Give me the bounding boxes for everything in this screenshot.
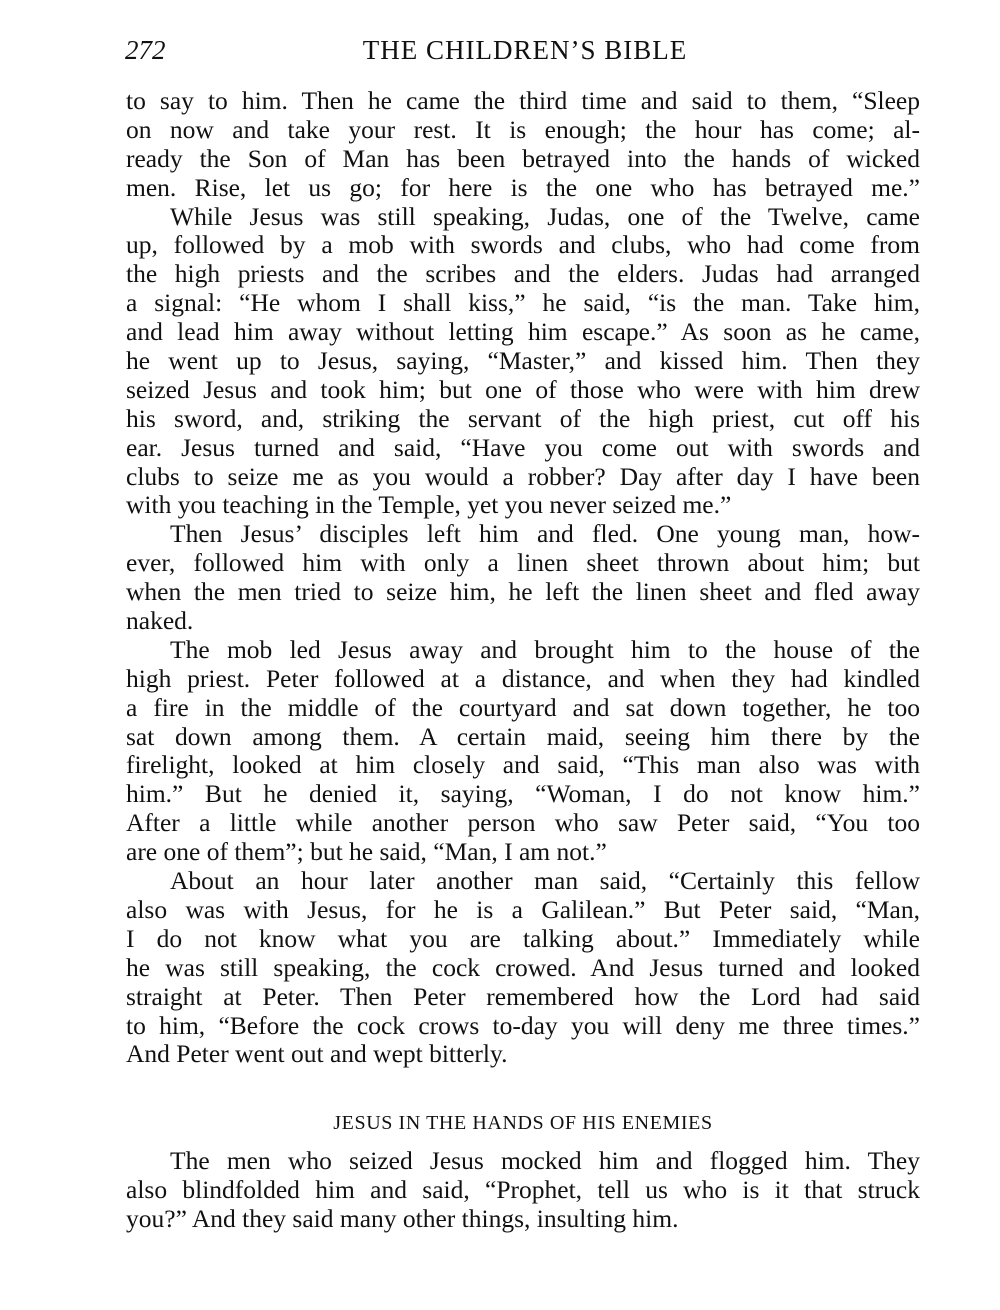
text-line: While Jesus was still speaking, Judas, o…: [126, 203, 920, 232]
main-text: to say to him. Then he came the third ti…: [126, 87, 920, 1069]
text-line: ever, followed him with only a linen she…: [126, 549, 920, 578]
running-title: THE CHILDREN’S BIBLE: [125, 30, 925, 70]
text-line: to him, “Before the cock crows to-day yo…: [126, 1012, 920, 1041]
book-page: 272 THE CHILDREN’S BIBLE to say to him. …: [0, 0, 1000, 1310]
text-line: men. Rise, let us go; for here is the on…: [126, 174, 920, 203]
text-line: with you teaching in the Temple, yet you…: [126, 491, 920, 520]
text-line: to say to him. Then he came the third ti…: [126, 87, 920, 116]
text-line: on now and take your rest. It is enough;…: [126, 116, 920, 145]
text-line: Then Jesus’ disciples left him and fled.…: [126, 520, 920, 549]
paragraph: Then Jesus’ disciples left him and fled.…: [126, 520, 920, 636]
text-line: he was still speaking, the cock crowed. …: [126, 954, 920, 983]
text-line: About an hour later another man said, “C…: [126, 867, 920, 896]
text-line: I do not know what you are talking about…: [126, 925, 920, 954]
text-line: are one of them”; but he said, “Man, I a…: [126, 838, 920, 867]
text-line: naked.: [126, 607, 920, 636]
text-line: The men who seized Jesus mocked him and …: [126, 1147, 920, 1176]
paragraph: While Jesus was still speaking, Judas, o…: [126, 203, 920, 521]
text-line: the high priests and the scribes and the…: [126, 260, 920, 289]
text-line: high priest. Peter followed at a distanc…: [126, 665, 920, 694]
text-line: straight at Peter. Then Peter remembered…: [126, 983, 920, 1012]
text-line: when the men tried to seize him, he left…: [126, 578, 920, 607]
text-line: a fire in the middle of the courtyard an…: [126, 694, 920, 723]
text-line: And Peter went out and wept bitterly.: [126, 1040, 920, 1069]
paragraph: The mob led Jesus away and brought him t…: [126, 636, 920, 867]
paragraph: The men who seized Jesus mocked him and …: [126, 1147, 920, 1234]
text-line: also was with Jesus, for he is a Galilea…: [126, 896, 920, 925]
text-line: up, followed by a mob with swords and cl…: [126, 231, 920, 260]
text-line: you?” And they said many other things, i…: [126, 1205, 920, 1234]
text-line: he went up to Jesus, saying, “Master,” a…: [126, 347, 920, 376]
text-line: a signal: “He whom I shall kiss,” he sai…: [126, 289, 920, 318]
text-line: The mob led Jesus away and brought him t…: [126, 636, 920, 665]
paragraph: About an hour later another man said, “C…: [126, 867, 920, 1069]
paragraph: to say to him. Then he came the third ti…: [126, 87, 920, 203]
text-line: ready the Son of Man has been betrayed i…: [126, 145, 920, 174]
text-line: sat down among them. A certain maid, see…: [126, 723, 920, 752]
text-line: his sword, and, striking the servant of …: [126, 405, 920, 434]
text-line: clubs to seize me as you would a robber?…: [126, 463, 920, 492]
section-heading: JESUS IN THE HANDS OF HIS ENEMIES: [126, 1108, 920, 1138]
text-line: seized Jesus and took him; but one of th…: [126, 376, 920, 405]
text-line: him.” But he denied it, saying, “Woman, …: [126, 780, 920, 809]
page-header: 272 THE CHILDREN’S BIBLE: [125, 30, 925, 70]
text-line: and lead him away without letting him es…: [126, 318, 920, 347]
section-text: The men who seized Jesus mocked him and …: [126, 1147, 920, 1234]
text-line: ear. Jesus turned and said, “Have you co…: [126, 434, 920, 463]
text-line: firelight, looked at him closely and sai…: [126, 751, 920, 780]
text-line: After a little while another person who …: [126, 809, 920, 838]
text-line: also blindfolded him and said, “Prophet,…: [126, 1176, 920, 1205]
